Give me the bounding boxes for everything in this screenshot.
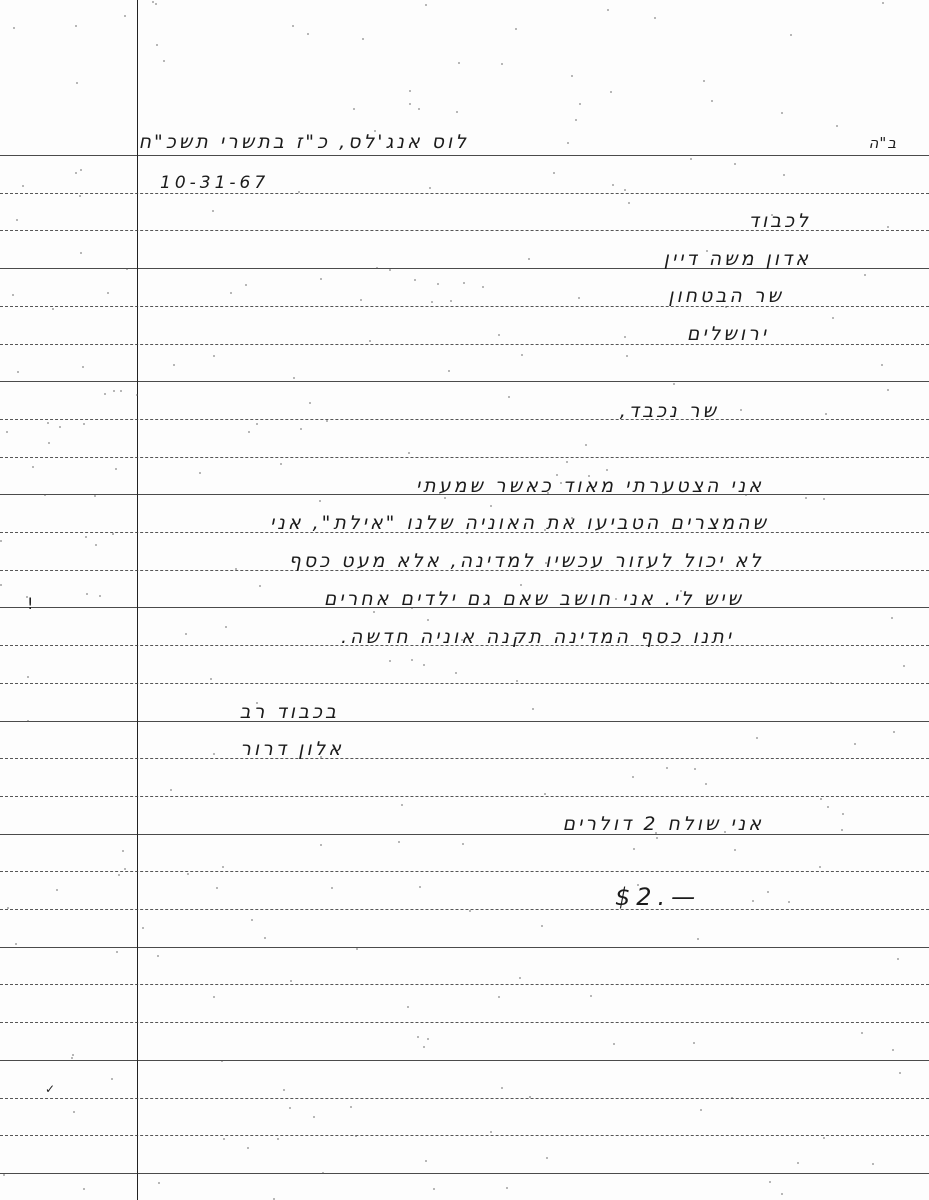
speck: [458, 62, 460, 64]
speck: [292, 25, 294, 27]
speck: [3, 1174, 5, 1176]
speck: [75, 25, 77, 27]
speck: [99, 595, 101, 597]
speck: [697, 938, 699, 940]
speck: [414, 279, 416, 281]
speck: [136, 394, 138, 396]
speck: [423, 1046, 425, 1048]
speck: [48, 442, 50, 444]
speck: [520, 584, 522, 586]
speck: [752, 900, 754, 902]
speck: [820, 798, 822, 800]
speck: [899, 1072, 901, 1074]
speck: [711, 100, 713, 102]
speck: [320, 278, 322, 280]
speck: [694, 768, 696, 770]
speck: [756, 737, 758, 739]
speck: [223, 1138, 225, 1140]
speck: [124, 868, 126, 870]
signature: אלון דרור: [240, 740, 344, 759]
speck: [107, 292, 109, 294]
speck: [450, 300, 452, 302]
speck: [85, 536, 87, 538]
speck: [463, 282, 465, 284]
speck: [519, 977, 521, 979]
speck: [892, 1049, 894, 1051]
speck: [76, 82, 78, 84]
speck: [567, 142, 569, 144]
speck: [0, 584, 2, 586]
speck: [94, 495, 96, 497]
ruled-line: [0, 1173, 929, 1174]
speck: [155, 3, 157, 5]
speck: [222, 866, 224, 868]
recipient-title: שר הבטחון: [668, 287, 784, 306]
speck: [320, 844, 322, 846]
speck: [290, 980, 292, 982]
speck: [158, 1182, 160, 1184]
speck: [506, 1187, 508, 1189]
speck: [409, 90, 411, 92]
speck: [740, 409, 742, 411]
speck: [734, 849, 736, 851]
greeting: שר נכבד,: [620, 402, 719, 421]
ruled-line: [0, 419, 929, 420]
speck: [277, 1138, 279, 1140]
speck: [437, 283, 439, 285]
speck: [903, 665, 905, 667]
ruled-line: [0, 758, 929, 759]
speck: [546, 1157, 548, 1159]
ruled-line: [0, 947, 929, 948]
speck: [389, 660, 391, 662]
speck: [521, 354, 523, 356]
ruled-line: [0, 871, 929, 872]
speck: [781, 112, 783, 114]
margin-line: [137, 0, 138, 1200]
speck: [626, 355, 628, 357]
speck: [566, 461, 568, 463]
speck: [610, 91, 612, 93]
speck: [32, 466, 34, 468]
speck: [376, 267, 378, 269]
speck: [832, 317, 834, 319]
speck: [836, 125, 838, 127]
speck: [673, 383, 675, 385]
recipient-city: ירושלים: [687, 325, 769, 344]
speck: [280, 463, 282, 465]
speck: [356, 948, 358, 950]
speck: [462, 843, 464, 845]
speck: [251, 919, 253, 921]
recipient-salutation: לכבוד: [749, 212, 811, 231]
speck: [613, 1043, 615, 1045]
speck: [431, 301, 433, 303]
speck: [585, 444, 587, 446]
speck: [122, 850, 124, 852]
speck: [326, 420, 328, 422]
speck: [360, 299, 362, 301]
speck: [893, 731, 895, 733]
speck: [113, 390, 115, 392]
speck: [532, 708, 534, 710]
speck: [654, 17, 656, 19]
speck: [126, 268, 128, 270]
speck: [411, 659, 413, 661]
speck: [116, 951, 118, 953]
ruled-line: [0, 1098, 929, 1099]
speck: [79, 195, 81, 197]
speck: [887, 226, 889, 228]
speck: [409, 103, 411, 105]
speck: [6, 431, 8, 433]
speck: [624, 336, 626, 338]
speck: [72, 1054, 74, 1056]
speck: [769, 1181, 771, 1183]
ruled-line: [0, 834, 929, 835]
speck: [498, 996, 500, 998]
letter-page: ב"ה לוס אנג'לס, כ"ז בתשרי תשכ"ח 10-31-67…: [0, 0, 929, 1200]
ruled-line: [0, 1022, 929, 1023]
speck: [56, 889, 58, 891]
speck: [80, 252, 82, 254]
speck: [731, 1097, 733, 1099]
postscript-text: אני שולח 2 דולרים: [562, 815, 764, 834]
speck: [95, 544, 97, 546]
speck: [482, 286, 484, 288]
speck: [456, 111, 458, 113]
speck: [13, 27, 15, 29]
speck: [71, 1057, 73, 1059]
body-line: שיש לי. אני חושב שאם גם ילדים אחרים: [324, 590, 744, 609]
speck: [309, 402, 311, 404]
speck: [571, 75, 573, 77]
speck: [322, 1172, 324, 1174]
ruled-line: [0, 457, 929, 458]
speck: [398, 841, 400, 843]
speck: [212, 210, 214, 212]
speck: [790, 34, 792, 36]
speck: [882, 2, 884, 4]
ruled-line: [0, 1135, 929, 1136]
speck: [118, 874, 120, 876]
speck: [27, 720, 29, 722]
speck: [369, 340, 371, 342]
speck: [115, 468, 117, 470]
margin-mark: !: [27, 594, 33, 613]
speck: [830, 682, 832, 684]
speck: [259, 585, 261, 587]
speck: [213, 355, 215, 357]
speck: [498, 334, 500, 336]
blessing-mark: ב"ה: [869, 136, 897, 151]
speck: [823, 498, 825, 500]
speck: [157, 955, 159, 957]
speck: [490, 505, 492, 507]
speck: [52, 308, 54, 310]
speck: [298, 191, 300, 193]
body-line: לא יכול לעזור עכשיו למדינה, אלא מעט כסף: [289, 552, 764, 571]
speck: [805, 497, 807, 499]
speck: [448, 370, 450, 372]
speck: [781, 1193, 783, 1195]
speck: [515, 28, 517, 30]
speck: [612, 184, 614, 186]
speck: [423, 664, 425, 666]
speck: [111, 1078, 113, 1080]
speck: [293, 377, 295, 379]
ruled-line: [0, 796, 929, 797]
speck: [632, 776, 634, 778]
speck: [225, 626, 227, 628]
speck: [112, 533, 114, 535]
speck: [872, 1163, 874, 1165]
speck: [418, 108, 420, 110]
speck: [541, 925, 543, 927]
speck: [7, 907, 9, 909]
speck: [73, 1111, 75, 1113]
speck: [666, 767, 668, 769]
speck: [864, 274, 866, 276]
speck: [734, 163, 736, 165]
speck: [891, 617, 893, 619]
speck: [841, 829, 843, 831]
speck: [417, 1036, 419, 1038]
speck: [408, 452, 410, 454]
speck: [624, 189, 626, 191]
speck: [797, 1162, 799, 1164]
speck: [104, 393, 106, 395]
speck: [788, 901, 790, 903]
speck: [528, 258, 530, 260]
speck: [854, 743, 856, 745]
speck: [83, 1188, 85, 1190]
speck: [544, 793, 546, 795]
speck: [185, 633, 187, 635]
speck: [767, 891, 769, 893]
ruled-line: [0, 155, 929, 156]
ruled-line: [0, 344, 929, 345]
speck: [59, 426, 61, 428]
speck: [490, 1131, 492, 1133]
speck: [425, 4, 427, 6]
speck: [425, 1160, 427, 1162]
donation-amount: $2.—: [615, 885, 701, 909]
speck: [819, 866, 821, 868]
speck: [693, 1042, 695, 1044]
speck: [213, 753, 215, 755]
speck: [213, 996, 215, 998]
speck: [75, 172, 77, 174]
speck: [444, 497, 446, 499]
speck: [455, 672, 457, 674]
speck: [173, 364, 175, 366]
speck: [887, 389, 889, 391]
speck: [355, 1135, 357, 1137]
speck: [407, 1006, 409, 1008]
recipient-name: אדון משה דיין: [664, 250, 811, 269]
speck: [230, 292, 232, 294]
speck: [44, 494, 46, 496]
speck: [590, 995, 592, 997]
speck: [606, 469, 608, 471]
speck: [427, 619, 429, 621]
speck: [825, 413, 827, 415]
speck: [80, 169, 82, 171]
speck: [247, 1147, 249, 1149]
speck: [501, 1087, 503, 1089]
speck: [319, 500, 321, 502]
speck: [628, 202, 630, 204]
speck: [529, 1096, 531, 1098]
speck: [705, 783, 707, 785]
speck: [210, 678, 212, 680]
ruled-line: [0, 721, 929, 722]
body-line: יתנו כסף המדינה תקנה אוניה חדשה.: [341, 628, 734, 647]
ruled-line: [0, 984, 929, 985]
ruled-line: [0, 193, 929, 194]
speck: [83, 423, 85, 425]
speck: [578, 297, 580, 299]
speck: [17, 371, 19, 373]
body-line: אני הצטערתי מאוד כאשר שמעתי: [416, 477, 764, 496]
speck: [152, 1, 154, 3]
speck: [331, 887, 333, 889]
speck: [861, 1032, 863, 1034]
speck: [313, 1116, 315, 1118]
speck: [256, 423, 258, 425]
speck: [579, 103, 581, 105]
speck: [553, 172, 555, 174]
speck: [221, 1060, 223, 1062]
speck: [433, 1188, 435, 1190]
speck: [350, 1106, 352, 1108]
gregorian-date: 10-31-67: [160, 175, 269, 192]
speck: [823, 1137, 825, 1139]
speck: [353, 108, 355, 110]
place-and-hebrew-date: לוס אנג'לס, כ"ז בתשרי תשכ"ח: [139, 133, 469, 152]
speck: [27, 676, 29, 678]
margin-tick: ✓: [45, 1082, 55, 1096]
speck: [248, 431, 250, 433]
speck: [427, 1038, 429, 1040]
speck: [633, 848, 635, 850]
speck: [307, 33, 309, 35]
speck: [82, 366, 84, 368]
ruled-line: [0, 1060, 929, 1061]
speck: [362, 38, 364, 40]
body-line: שהמצרים הטביעו את האוניה שלנו "אילת", אנ…: [270, 514, 769, 533]
speck: [516, 680, 518, 682]
speck: [170, 789, 172, 791]
speck: [216, 887, 218, 889]
speck: [703, 80, 705, 82]
speck: [264, 937, 266, 939]
speck: [700, 1109, 702, 1111]
speck: [187, 873, 189, 875]
speck: [842, 813, 844, 815]
speck: [16, 219, 18, 221]
speck: [0, 540, 2, 542]
ruled-line: [0, 683, 929, 684]
speck: [245, 284, 247, 286]
speck: [783, 174, 785, 176]
speck: [501, 63, 503, 65]
speck: [508, 396, 510, 398]
speck: [235, 568, 237, 570]
speck: [389, 269, 391, 271]
speck: [575, 119, 577, 121]
speck: [881, 364, 883, 366]
speck: [419, 886, 421, 888]
speck: [283, 1089, 285, 1091]
speck: [12, 294, 14, 296]
speck: [156, 44, 158, 46]
speck: [401, 804, 403, 806]
speck: [120, 390, 122, 392]
speck: [897, 958, 899, 960]
ruled-line: [0, 381, 929, 382]
speck: [469, 910, 471, 912]
closing-regards: בכבוד רב: [240, 703, 339, 722]
speck: [22, 185, 24, 187]
speck: [47, 422, 49, 424]
speck: [199, 472, 201, 474]
speck: [142, 927, 144, 929]
speck: [163, 60, 165, 62]
speck: [86, 593, 88, 595]
speck: [124, 15, 126, 17]
ruled-line: [0, 909, 929, 910]
speck: [607, 9, 609, 11]
speck: [429, 187, 431, 189]
speck: [15, 943, 17, 945]
ruled-line: [0, 306, 929, 307]
speck: [289, 1107, 291, 1109]
speck: [656, 837, 658, 839]
speck: [373, 611, 375, 613]
speck: [300, 428, 302, 430]
speck: [690, 158, 692, 160]
speck: [827, 806, 829, 808]
